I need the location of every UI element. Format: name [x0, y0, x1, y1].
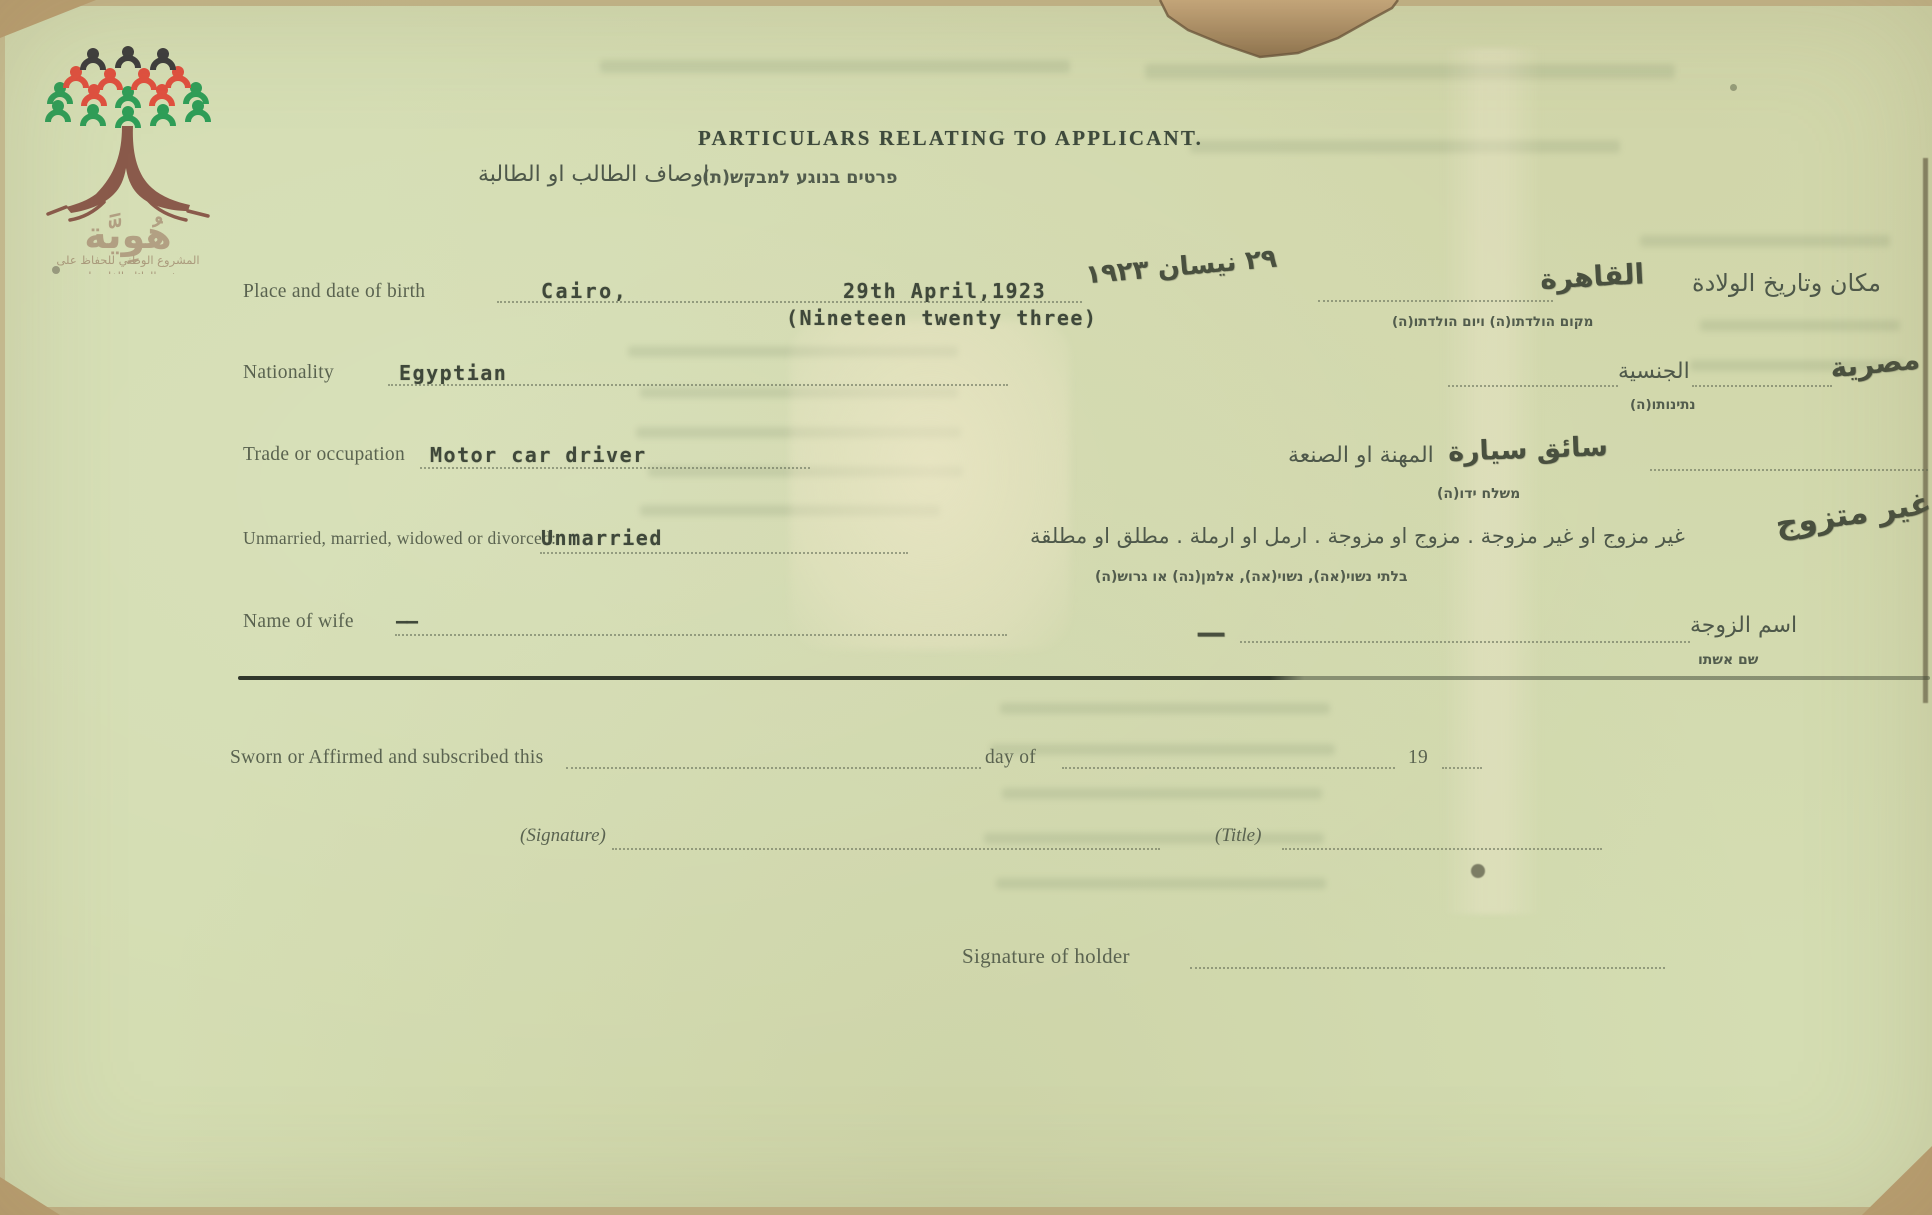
logo-subtitle-line2: جذور العائلة الفلسطينية — [71, 269, 184, 274]
dotted-leader — [612, 848, 1160, 850]
occupation-label-en: Trade or occupation — [243, 444, 405, 466]
nationality-label-en: Nationality — [243, 362, 334, 384]
marital-label-en: Unmarried, married, widowed or divorced: — [243, 528, 556, 549]
nationality-value: Egyptian — [399, 361, 507, 385]
scanned-form-page: هُوِيَّة المشروع الوطني للحفاظ على جذور … — [0, 0, 1932, 1215]
paper-stain — [790, 320, 1070, 650]
year-prefix: 19 — [1408, 747, 1428, 769]
dotted-leader — [566, 767, 981, 769]
wife-value-strikeout: —— — [396, 609, 416, 633]
title-label: (Title) — [1215, 825, 1261, 847]
occupation-handwritten-arabic: سائق سيارة — [1448, 431, 1609, 468]
dotted-leader — [1282, 848, 1602, 850]
marital-label-hebrew: בלתי נשוי(אה), נשוי(אה), אלמן(נה) או גרו… — [1095, 569, 1408, 585]
marital-label-arabic: غير مزوج او غير مزوجة . مزوج او مزوجة . … — [1030, 524, 1685, 548]
dotted-leader — [1650, 469, 1928, 471]
occupation-label-arabic: المهنة او الصنعة — [1288, 443, 1434, 468]
huwiyya-project-logo: هُوِيَّة المشروع الوطني للحفاظ على جذور … — [38, 34, 218, 274]
tree-logo-graphic — [48, 46, 208, 220]
ghost-text-smudge — [1002, 788, 1322, 799]
ghost-text-smudge — [996, 878, 1326, 889]
sworn-label: Sworn or Affirmed and subscribed this — [230, 747, 544, 769]
wife-label-arabic: اسم الزوجة — [1690, 613, 1797, 638]
fold-crease — [1442, 48, 1542, 914]
torn-edge — [1130, 0, 1420, 72]
dotted-leader — [1190, 967, 1665, 969]
birth-value-date-words: (Nineteen twenty three) — [786, 306, 1097, 330]
section-divider-line — [238, 676, 1930, 680]
birth-value-date: 29th April,1923 — [843, 279, 1046, 303]
paper-corner-bottom-left — [0, 1177, 60, 1215]
paper-corner-bottom-right — [1862, 1146, 1932, 1215]
birth-label-en: Place and date of birth — [243, 281, 425, 303]
wife-handwritten-dash: — — [1196, 616, 1226, 651]
ghost-text-smudge — [1000, 703, 1330, 714]
birth-handwritten-date-arabic: ٢٩ نيسان ١٩٢٣ — [1084, 244, 1278, 291]
ghost-text-smudge — [1700, 320, 1900, 331]
dotted-leader — [1240, 641, 1690, 643]
paper-speck — [1471, 864, 1485, 878]
paper-edge-top — [0, 0, 1932, 6]
dotted-leader — [420, 467, 810, 469]
birth-handwritten-place-arabic: القاهرة — [1539, 257, 1645, 295]
nationality-handwritten-arabic: مصرية — [1829, 342, 1922, 384]
birth-value-place: Cairo, — [541, 279, 628, 303]
dotted-leader — [395, 634, 1007, 636]
holder-signature-label: Signature of holder — [962, 944, 1130, 969]
logo-subtitle-line1: المشروع الوطني للحفاظ على — [56, 253, 199, 268]
marital-handwritten-arabic: غير متزوج — [1773, 485, 1932, 542]
dotted-leader — [540, 552, 908, 554]
signature-label: (Signature) — [520, 825, 606, 847]
birth-label-hebrew: מקום הולדתו(ה) ויום הולדתו(ה) — [1392, 314, 1593, 330]
ghost-text-smudge — [984, 833, 1324, 844]
wife-label-hebrew: שם אשתו — [1698, 652, 1758, 668]
dotted-leader — [1442, 767, 1482, 769]
ghost-text-smudge — [1640, 235, 1890, 247]
occupation-label-hebrew: משלח ידו(ה) — [1437, 486, 1520, 502]
ghost-text-smudge — [1190, 140, 1620, 153]
paper-edge-left — [0, 0, 5, 1215]
paper-speck — [1730, 84, 1737, 91]
birth-label-arabic: مكان وتاريخ الولادة — [1692, 269, 1881, 297]
form-subtitle-hebrew: פרטים בנוגע למבקש(ת) — [702, 168, 898, 188]
marital-value: Unmarried — [541, 526, 663, 550]
dotted-leader — [1062, 767, 1395, 769]
ghost-text-smudge — [990, 744, 1335, 755]
nationality-label-hebrew: נתינותו(ה) — [1630, 397, 1696, 413]
paper-edge-bottom — [0, 1207, 1932, 1215]
paper-corner-top-left — [0, 0, 96, 38]
dotted-leader — [1692, 385, 1832, 387]
occupation-value: Motor car driver — [430, 443, 647, 467]
paper-edge-right-shadow — [1923, 158, 1928, 703]
ghost-text-smudge — [600, 60, 1070, 73]
dotted-leader — [1448, 385, 1618, 387]
wife-label-en: Name of wife — [243, 611, 354, 633]
form-title: PARTICULARS RELATING TO APPLICANT. — [698, 126, 1203, 151]
nationality-label-arabic: الجنسية — [1618, 359, 1690, 384]
form-subtitle-arabic: اوصاف الطالب او الطالبة — [478, 162, 709, 187]
day-of-label: day of — [985, 747, 1036, 769]
dotted-leader — [1318, 300, 1553, 302]
